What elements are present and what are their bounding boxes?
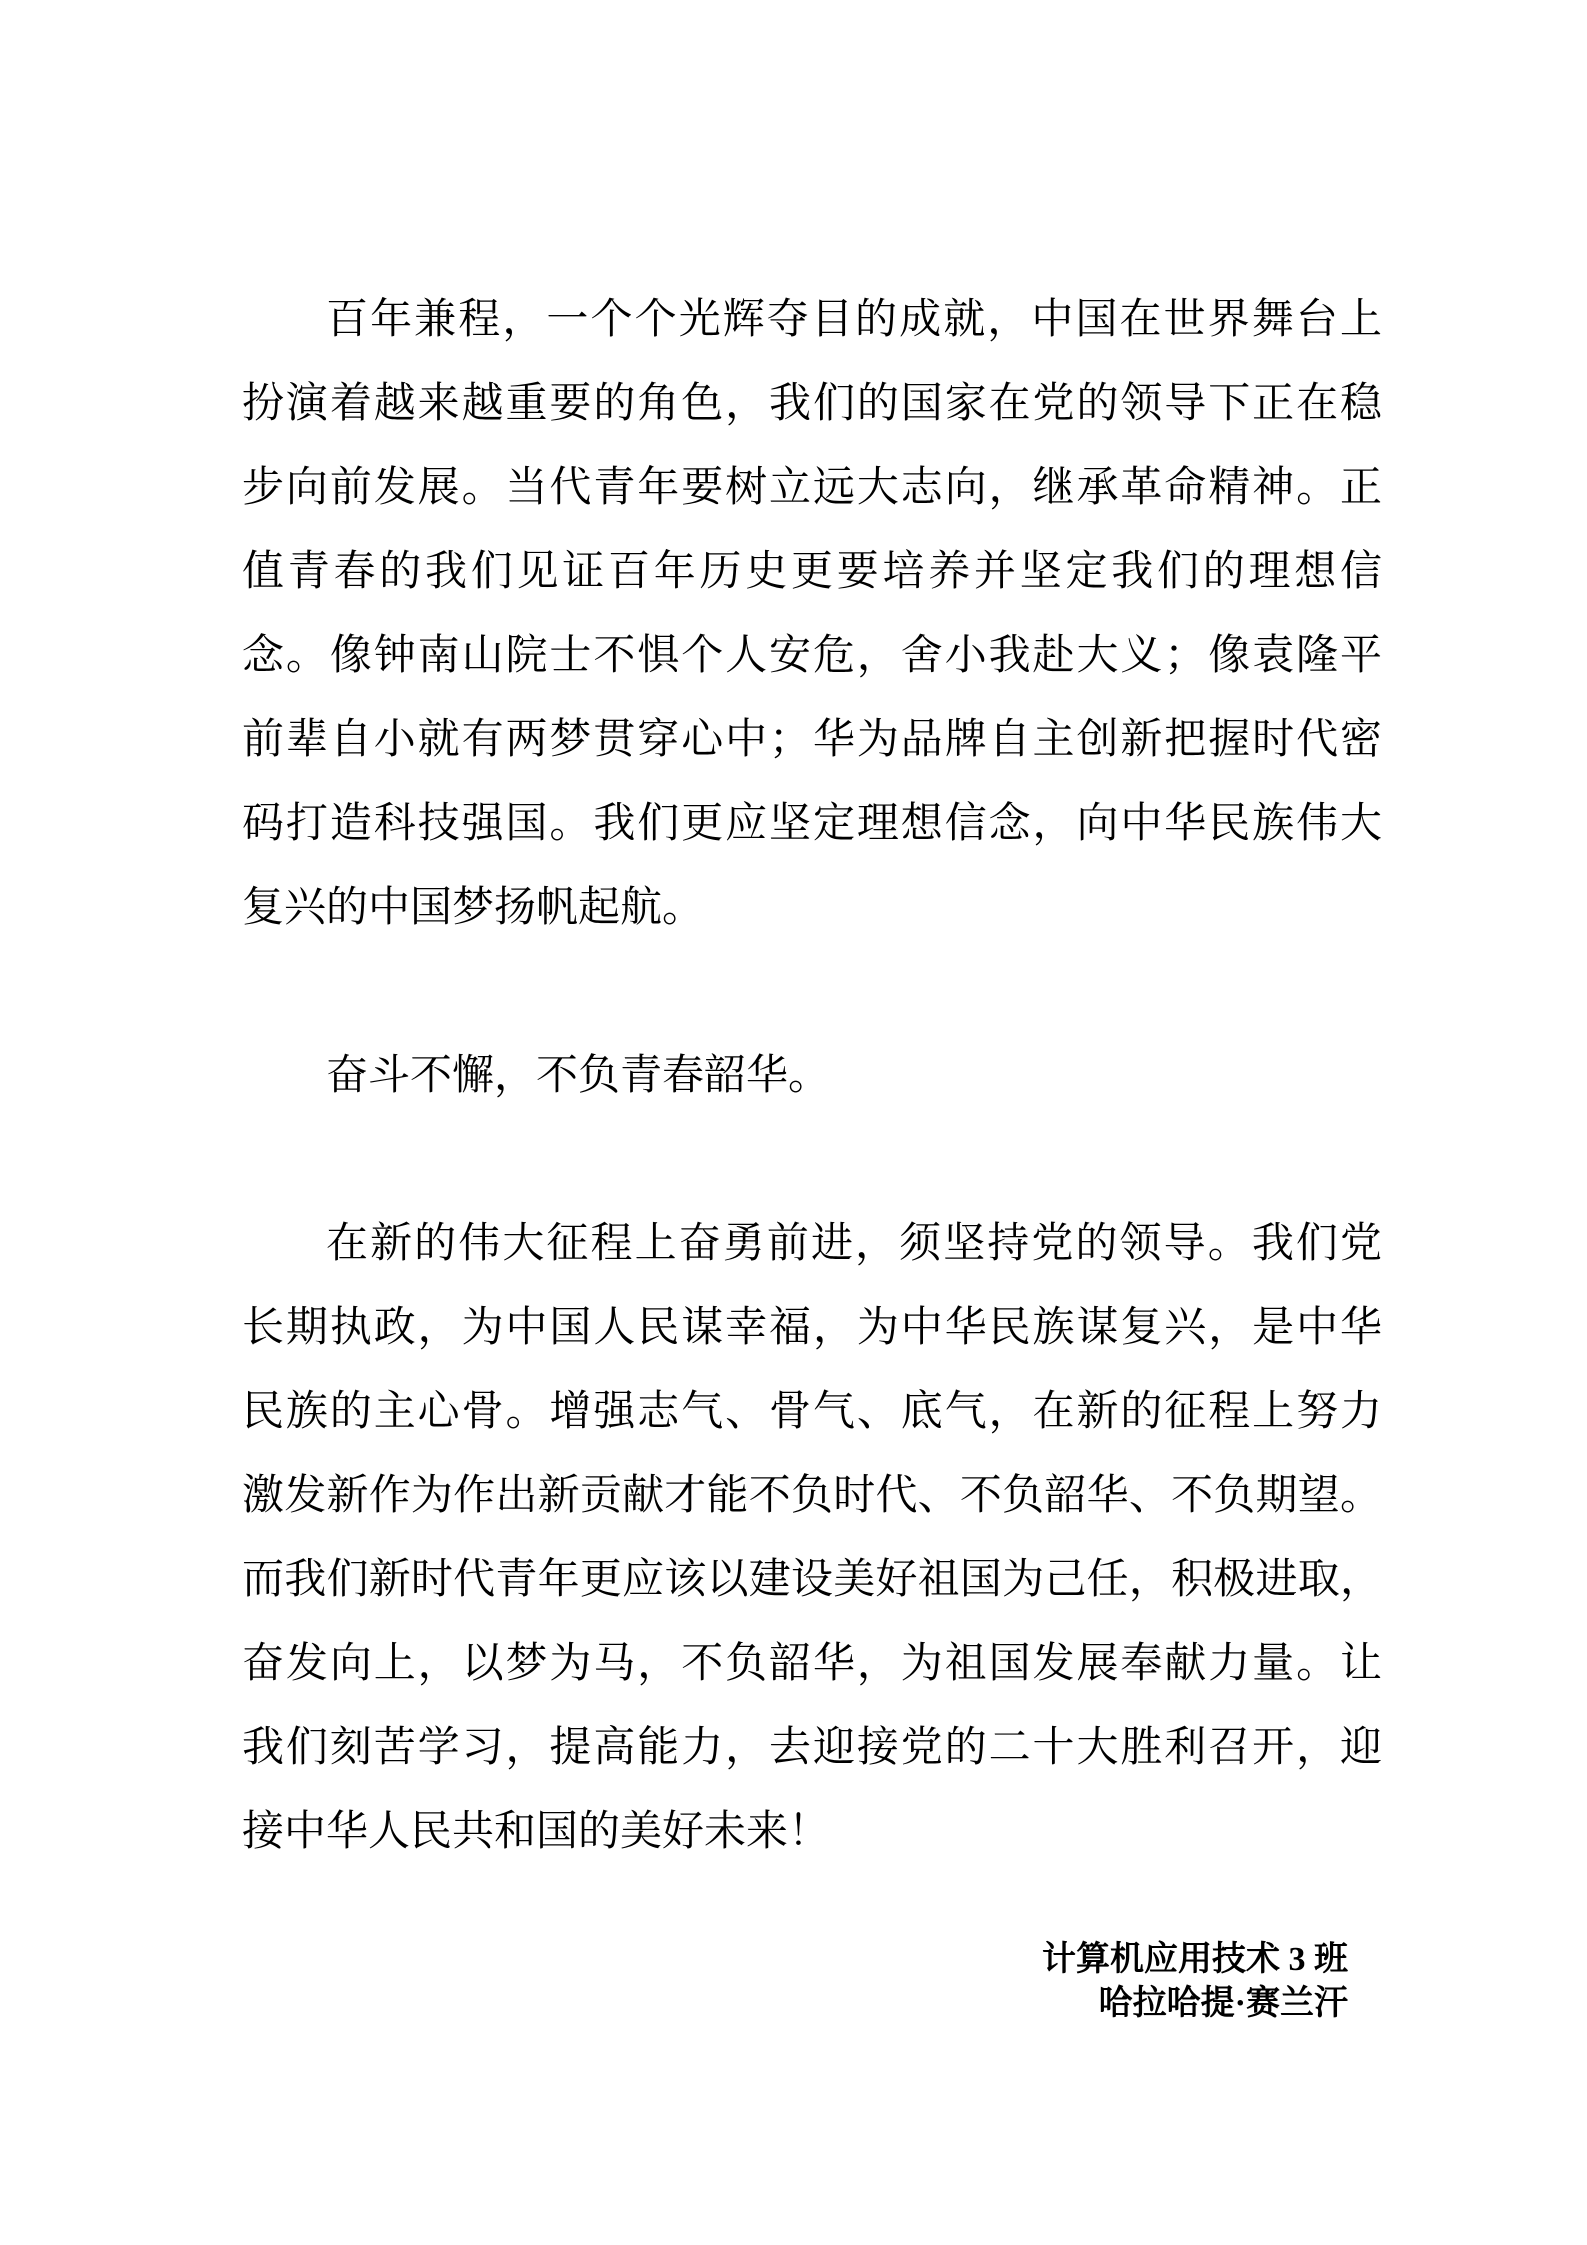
text-line: 步向前发展。当代青年要树立远大志向，继承革命精神。正 (242, 446, 1382, 530)
document-page: 百年兼程，一个个光辉夺目的成就，中国在世界舞台上 扮演着越来越重要的角色，我们的… (0, 0, 1587, 2245)
essay-body: 百年兼程，一个个光辉夺目的成就，中国在世界舞台上 扮演着越来越重要的角色，我们的… (242, 278, 1382, 1958)
text-line: 念。像钟南山院士不惧个人安危，舍小我赴大义；像袁隆平 (242, 614, 1382, 698)
text-line: 码打造科技强国。我们更应坚定理想信念，向中华民族伟大 (242, 782, 1382, 866)
paragraph-1: 百年兼程，一个个光辉夺目的成就，中国在世界舞台上 扮演着越来越重要的角色，我们的… (242, 278, 1382, 950)
text-line: 前辈自小就有两梦贯穿心中；华为品牌自主创新把握时代密 (242, 698, 1382, 782)
text-line: 在新的伟大征程上奋勇前进，须坚持党的领导。我们党 (242, 1202, 1382, 1286)
paragraph-2: 奋斗不懈，不负青春韶华。 (242, 1034, 1382, 1118)
text-line: 复兴的中国梦扬帆起航。 (242, 866, 1382, 950)
signature-class: 计算机应用技术 3 班 (1042, 1938, 1348, 1982)
text-line: 激发新作为作出新贡献才能不负时代、不负韶华、不负期望。 (242, 1454, 1382, 1538)
text-line: 我们刻苦学习，提高能力，去迎接党的二十大胜利召开，迎 (242, 1706, 1382, 1790)
text-line: 百年兼程，一个个光辉夺目的成就，中国在世界舞台上 (242, 278, 1382, 362)
text-line: 奋斗不懈，不负青春韶华。 (242, 1034, 1382, 1118)
text-line: 接中华人民共和国的美好未来！ (242, 1790, 1382, 1874)
text-line: 扮演着越来越重要的角色，我们的国家在党的领导下正在稳 (242, 362, 1382, 446)
text-line: 而我们新时代青年更应该以建设美好祖国为己任，积极进取， (242, 1538, 1382, 1622)
signature-name: 哈拉哈提·赛兰汗 (1042, 1982, 1348, 2026)
text-line: 奋发向上，以梦为马，不负韶华，为祖国发展奉献力量。让 (242, 1622, 1382, 1706)
text-line: 民族的主心骨。增强志气、骨气、底气，在新的征程上努力 (242, 1370, 1382, 1454)
signature-block: 计算机应用技术 3 班 哈拉哈提·赛兰汗 (1042, 1938, 1348, 2026)
paragraph-3: 在新的伟大征程上奋勇前进，须坚持党的领导。我们党 长期执政，为中国人民谋幸福，为… (242, 1202, 1382, 1874)
text-line: 值青春的我们见证百年历史更要培养并坚定我们的理想信 (242, 530, 1382, 614)
text-line: 长期执政，为中国人民谋幸福，为中华民族谋复兴，是中华 (242, 1286, 1382, 1370)
